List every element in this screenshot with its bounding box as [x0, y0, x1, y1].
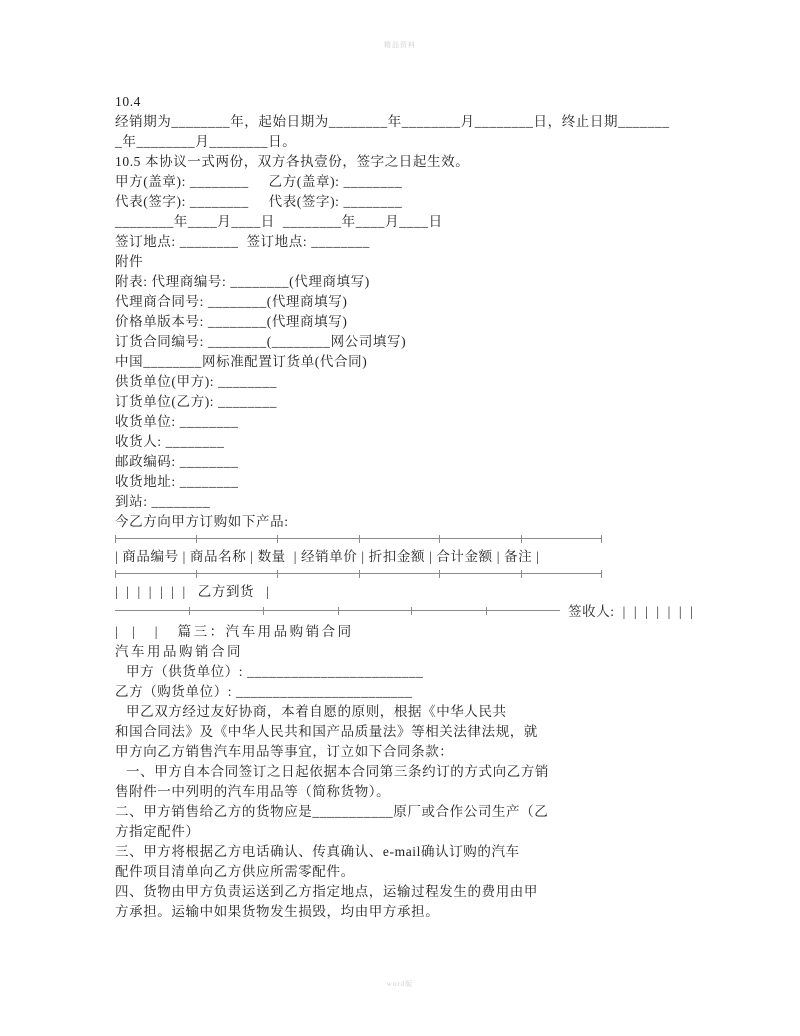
arrival-station-line: 到站: ________	[115, 492, 695, 512]
receiver-sign-row: 签收人: | | | | | | |	[115, 602, 695, 622]
clause-10-5-line: 10.5 本协议一式两份，双方各执壹份，签字之日起生效。	[115, 152, 695, 172]
clause-2-line1: 二、甲方销售给乙方的货物应是___________原厂或合作公司生产（乙	[115, 802, 695, 822]
table-rule-top	[115, 535, 602, 545]
representative-signature-line: 代表(签字): ________ 代表(签字): ________	[115, 192, 695, 212]
top-watermark: 精品资料	[0, 40, 800, 50]
china-net-order-form-line: 中国________网标准配置订货单(代合同)	[115, 352, 695, 372]
party-a-supply-line: 甲方（供货单位）: ________________________	[115, 662, 695, 682]
bottom-watermark: word版	[0, 979, 800, 989]
agent-number-line: 附表: 代理商编号: ________(代理商填写)	[115, 272, 695, 292]
clause-1-line1: 一、甲方自本合同签订之日起依据本合同第三条约订的方式向乙方销	[115, 762, 695, 782]
party-b-purchase-line: 乙方（购货单位）: ________________________	[115, 682, 695, 702]
clause-3-line1: 三、甲方将根据乙方电话确认、传真确认、e-mail确认订购的汽车	[115, 842, 695, 862]
distribution-period-line: 经销期为________年，起始日期为________年________月___…	[115, 112, 695, 132]
document-body: 10.4 经销期为________年，起始日期为________年_______…	[115, 92, 695, 922]
table-rule-middle	[115, 570, 602, 580]
clause-10-4-number: 10.4	[115, 92, 695, 112]
negotiation-paragraph-line2: 和国合同法》及《中华人民共和国产品质量法》等相关法律法规，就	[115, 722, 695, 742]
order-products-intro-line: 今乙方向甲方订购如下产品:	[115, 512, 695, 532]
receiver-sign-cell-marks: | | | | | | |	[623, 602, 694, 622]
seal-signature-line: 甲方(盖章): ________ 乙方(盖章): ________	[115, 172, 695, 192]
clause-1-line2: 售附件一中列明的汽车用品等（简称货物）。	[115, 782, 695, 802]
receiving-unit-line: 收货单位: ________	[115, 412, 695, 432]
receiver-sign-label: 签收人:	[568, 602, 615, 622]
table-part3-row: | | | 篇三：汽车用品购销合同	[115, 622, 695, 642]
clause-2-line2: 方指定配件）	[115, 822, 695, 842]
ordering-unit-line: 订货单位(乙方): ________	[115, 392, 695, 412]
receiver-sign-cells	[615, 602, 623, 622]
attachment-heading: 附件	[115, 252, 695, 272]
signing-place-line: 签订地点: ________ 签订地点: ________	[115, 232, 695, 252]
contract-document-page: 精品资料 10.4 经销期为________年，起始日期为________年__…	[0, 0, 800, 1036]
supplier-unit-line: 供货单位(甲方): ________	[115, 372, 695, 392]
postal-code-line: 邮政编码: ________	[115, 452, 695, 472]
distribution-period-continuation: _年________月________日。	[115, 132, 695, 152]
clause-4-line2: 方承担。运输中如果货物发生损毁，均由甲方承担。	[115, 902, 695, 922]
receiver-person-line: 收货人: ________	[115, 432, 695, 452]
table-header-row: | 商品编号 | 商品名称 | 数量 | 经销单价 | 折扣金额 | 合计金额 …	[115, 547, 695, 567]
product-order-table: | 商品编号 | 商品名称 | 数量 | 经销单价 | 折扣金额 | 合计金额 …	[115, 535, 695, 642]
contract-title-repeat: 汽车用品购销合同	[115, 642, 695, 662]
negotiation-paragraph-line1: 甲乙双方经过友好协商，本着自愿的原则，根据《中华人民共	[115, 702, 695, 722]
negotiation-paragraph-line3: 甲方向乙方销售汽车用品等事宜，订立如下合同条款：	[115, 742, 695, 762]
agent-contract-number-line: 代理商合同号: ________(代理商填写)	[115, 292, 695, 312]
price-list-version-line: 价格单版本号: ________(代理商填写)	[115, 312, 695, 332]
receiving-address-line: 收货地址: ________	[115, 472, 695, 492]
table-delivery-row: | | | | | | | 乙方到货 |	[115, 582, 695, 602]
table-rule-bottom	[115, 607, 560, 617]
clause-4-line1: 四、货物由甲方负责运送到乙方指定地点，运输过程发生的费用由甲	[115, 882, 695, 902]
order-contract-number-line: 订货合同编号: ________(________网公司填写)	[115, 332, 695, 352]
clause-3-line2: 配件项目清单向乙方供应所需零配件。	[115, 862, 695, 882]
date-fill-line: ________年____月____日 ________年____月____日	[115, 212, 695, 232]
